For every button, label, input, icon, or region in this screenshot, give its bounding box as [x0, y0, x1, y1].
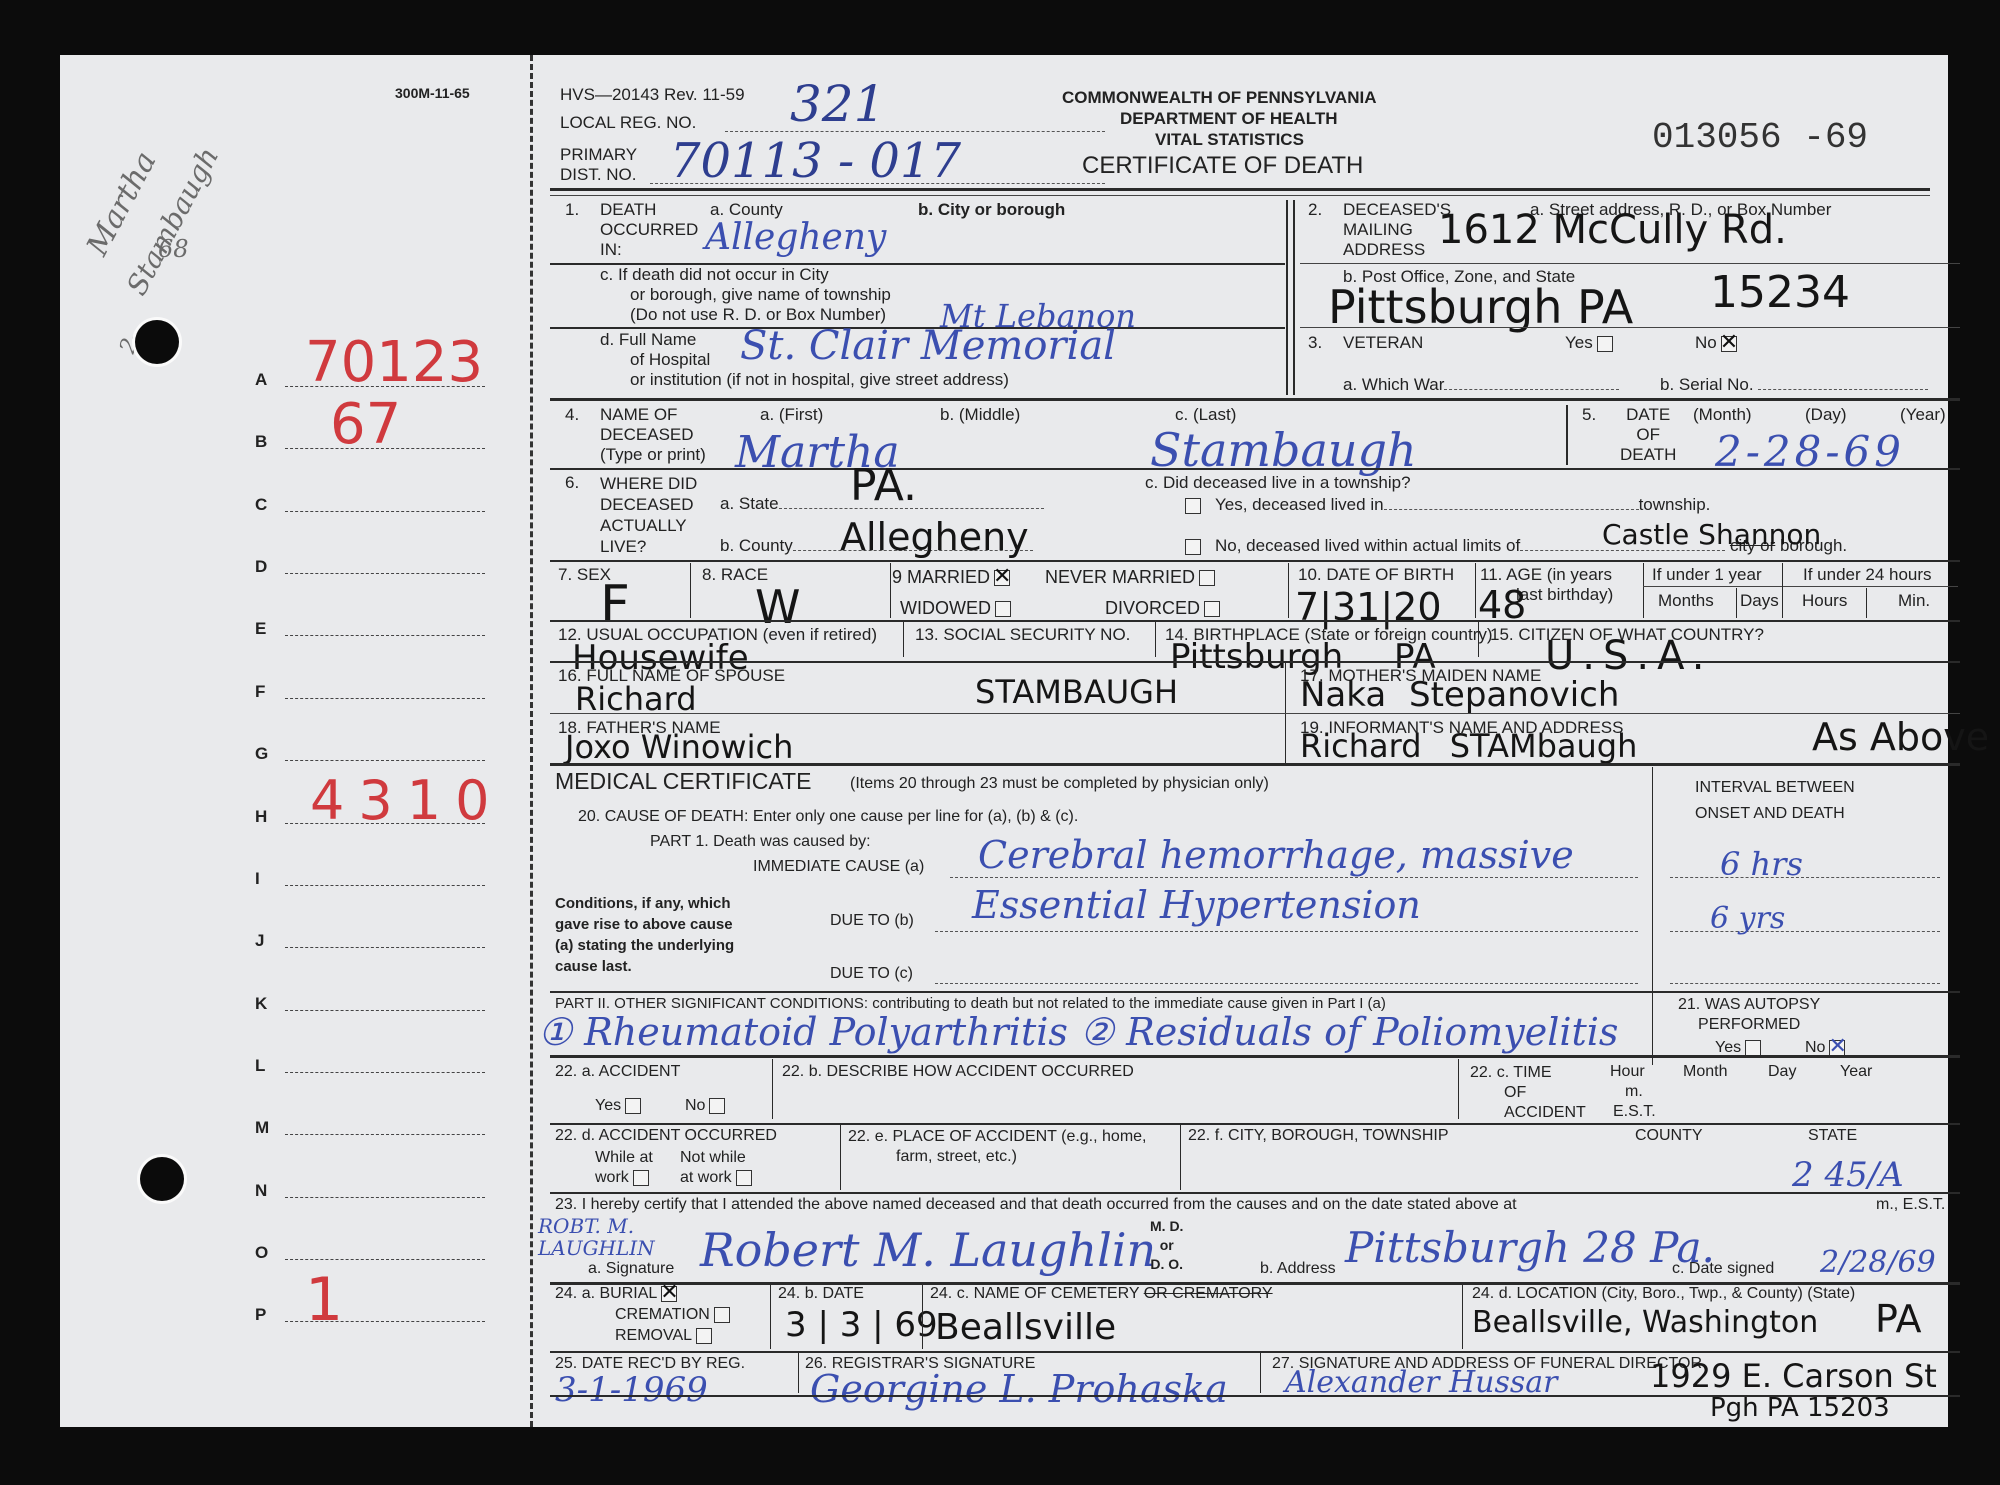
- stub-row-g: G: [255, 744, 545, 764]
- county-value: Allegheny: [705, 217, 886, 258]
- physician-address: Pittsburgh 28 Pa.: [1345, 1223, 1715, 1272]
- index-stub: 300M-11-65 Martha Stambaugh 68 2- A70123…: [60, 55, 533, 1427]
- form-number: HVS—20143 Rev. 11-59: [560, 85, 745, 105]
- date-of-birth-value: 7|31|20: [1295, 585, 1442, 629]
- location-value: Beallsville, Washington: [1472, 1305, 1818, 1340]
- stub-row-n: N: [255, 1181, 545, 1201]
- cemetery-value: Beallsville: [935, 1307, 1116, 1348]
- stub-row-e: E: [255, 619, 545, 639]
- lived-in-township-checkbox[interactable]: [1185, 498, 1201, 514]
- agency-line-3: VITAL STATISTICS: [1155, 130, 1304, 150]
- immediate-cause-value: Cerebral hemorrhage, massive: [978, 833, 1574, 877]
- accident-yes-option[interactable]: Yes: [595, 1097, 641, 1115]
- residence-state-value: PA.: [850, 460, 917, 511]
- stub-row-o: O: [255, 1243, 545, 1263]
- death-occurred-label: DEATHOCCURREDIN:: [600, 200, 698, 260]
- part1-label: PART 1. Death was caused by:: [650, 833, 871, 851]
- physician-signature: Robert M. Laughlin: [700, 1223, 1156, 1277]
- widowed-option[interactable]: WIDOWED: [900, 598, 1011, 619]
- immediate-cause-label: IMMEDIATE CAUSE (a): [753, 858, 924, 876]
- township-question: c. Did deceased live in a township?: [1145, 473, 1411, 493]
- accident-label: 22. a. ACCIDENT: [555, 1063, 680, 1081]
- name-of-deceased-label: NAME OFDECEASED(Type or print): [600, 405, 706, 465]
- divorced-option[interactable]: DIVORCED: [1105, 598, 1220, 619]
- local-reg-label: LOCAL REG. NO.: [560, 113, 696, 133]
- zip-value: 15234: [1710, 267, 1850, 318]
- due-to-b-value: Essential Hypertension: [972, 883, 1421, 927]
- veteran-yes[interactable]: Yes: [1565, 333, 1613, 353]
- dist-no-label: DIST. NO.: [560, 165, 637, 185]
- serial-no-label: b. Serial No.: [1660, 375, 1928, 395]
- cremation-checkbox[interactable]: [714, 1307, 730, 1323]
- agency-line-2: DEPARTMENT OF HEALTH: [1120, 109, 1338, 129]
- stub-row-a: A70123: [255, 370, 545, 390]
- veteran-no[interactable]: No: [1695, 333, 1737, 353]
- death-certificate-page: 300M-11-65 Martha Stambaugh 68 2- A70123…: [60, 55, 1948, 1427]
- married-checkbox[interactable]: [994, 570, 1010, 586]
- veteran-label: VETERAN: [1343, 333, 1423, 353]
- cremation-option[interactable]: CREMATION: [615, 1306, 730, 1324]
- date-of-birth-label: 10. DATE OF BIRTH: [1298, 565, 1454, 585]
- stub-row-j: J: [255, 931, 545, 951]
- stub-value-b: 67: [330, 392, 401, 457]
- removal-option[interactable]: REMOVAL: [615, 1327, 712, 1345]
- pencil-note-year: 68: [158, 235, 189, 263]
- removal-checkbox[interactable]: [696, 1328, 712, 1344]
- informant-address-value: As Above: [1812, 715, 1989, 759]
- stub-row-b: B67: [255, 432, 545, 452]
- accident-county-label: COUNTY: [1635, 1127, 1703, 1145]
- veteran-no-checkbox[interactable]: [1721, 336, 1737, 352]
- never-married-option[interactable]: NEVER MARRIED: [1045, 567, 1215, 588]
- mailing-address-label: DECEASED'SMAILINGADDRESS: [1343, 200, 1451, 260]
- stub-value-p: 1: [305, 1265, 343, 1335]
- ssn-label: 13. SOCIAL SECURITY NO.: [915, 625, 1130, 645]
- burial-date-label: 24. b. DATE: [778, 1285, 864, 1303]
- accident-no-checkbox[interactable]: [709, 1098, 725, 1114]
- punch-hole-bottom: [140, 1157, 184, 1201]
- married-option[interactable]: 9 MARRIED: [892, 567, 1010, 588]
- while-at-work-checkbox[interactable]: [633, 1170, 649, 1186]
- local-reg-value: 321: [790, 75, 885, 133]
- immediate-interval-value: 6 hrs: [1720, 845, 1803, 883]
- fathers-name-value: Joxo Winowich: [565, 728, 793, 766]
- perforation-line: [530, 55, 533, 1427]
- stub-row-h: H4310: [255, 807, 545, 827]
- physician-printed-name: ROBT. M.LAUGHLIN: [538, 1215, 655, 1259]
- date-signed-label: c. Date signed: [1672, 1260, 1774, 1278]
- hospital-value: St. Clair Memorial: [740, 323, 1116, 369]
- not-at-work-checkbox[interactable]: [736, 1170, 752, 1186]
- time-of-accident-label: 22. c. TIMEOFACCIDENT: [1470, 1063, 1586, 1123]
- autopsy-label: 21. WAS AUTOPSYPERFORMED: [1678, 995, 1820, 1035]
- accident-city-label: 22. f. CITY, BOROUGH, TOWNSHIP: [1188, 1127, 1449, 1145]
- part2-value: ① Rheumatoid Polyarthritis ② Residuals o…: [538, 1010, 1618, 1054]
- lived-in-city-checkbox[interactable]: [1185, 539, 1201, 555]
- street-value: 1612 McCully Rd.: [1438, 207, 1787, 253]
- autopsy-no-checkbox[interactable]: [1829, 1040, 1845, 1056]
- certificate-title: CERTIFICATE OF DEATH: [1082, 152, 1363, 180]
- stub-value-a: 70123: [305, 330, 483, 395]
- registrar-signature: Georgine L. Prohaska: [810, 1367, 1228, 1411]
- post-office-value: Pittsburgh PA: [1328, 280, 1633, 334]
- autopsy-yes-checkbox[interactable]: [1745, 1040, 1761, 1056]
- city-borough-value: Castle Shannon: [1602, 518, 1821, 551]
- lived-in-township-option[interactable]: Yes, deceased lived intownship.: [1185, 495, 1710, 515]
- residence-label: WHERE DIDDECEASEDACTUALLYLIVE?: [600, 473, 697, 557]
- citizenship-value: U.S.A.: [1545, 633, 1712, 679]
- widowed-checkbox[interactable]: [995, 601, 1011, 617]
- burial-option[interactable]: 24. a. BURIAL: [555, 1285, 677, 1303]
- md-do-label: M. D.orD. O.: [1150, 1217, 1183, 1274]
- burial-checkbox[interactable]: [661, 1286, 677, 1302]
- date-signed-value: 2/28/69: [1820, 1245, 1936, 1280]
- date-of-death-label: DATEOFDEATH: [1620, 405, 1676, 465]
- stub-row-p: P1: [255, 1305, 545, 1325]
- interval-label: INTERVAL BETWEENONSET AND DEATH: [1695, 775, 1855, 827]
- which-war-label: a. Which War: [1343, 375, 1619, 395]
- medical-certificate-heading: MEDICAL CERTIFICATE: [555, 768, 811, 795]
- signature-label: a. Signature: [588, 1260, 674, 1278]
- accident-description-label: 22. b. DESCRIBE HOW ACCIDENT OCCURRED: [782, 1063, 1134, 1081]
- due-to-b-interval-value: 6 yrs: [1710, 901, 1785, 936]
- stub-row-m: M: [255, 1118, 545, 1138]
- burial-date-value: 3 | 3 | 69: [785, 1305, 938, 1345]
- informant-name-value: Richard STAMbaugh: [1300, 727, 1637, 765]
- stub-row-i: I: [255, 869, 545, 889]
- veteran-yes-checkbox[interactable]: [1597, 336, 1613, 352]
- township-label: c. If death did not occur in City or bor…: [600, 265, 891, 325]
- spouse-last-value: STAMBAUGH: [975, 673, 1178, 711]
- mothers-maiden-name-value: Naka Stepanovich: [1300, 675, 1619, 715]
- medical-certificate-note: (Items 20 through 23 must be completed b…: [850, 775, 1269, 793]
- due-to-b-label: DUE TO (b): [830, 912, 914, 930]
- stub-form-code: 300M-11-65: [395, 85, 470, 101]
- dist-no-value: 70113 - 017: [670, 133, 961, 189]
- funeral-director-address-line1: 1929 E. Carson St: [1650, 1357, 1937, 1395]
- certificate-number: 013056 -69: [1652, 117, 1868, 158]
- punch-hole-top: [135, 320, 179, 364]
- location-label: 24. d. LOCATION (City, Boro., Twp., & Co…: [1472, 1285, 1855, 1303]
- certification-statement: 23. I hereby certify that I attended the…: [555, 1196, 1517, 1214]
- while-at-work-option[interactable]: While atwork: [595, 1148, 653, 1188]
- never-married-checkbox[interactable]: [1199, 570, 1215, 586]
- date-received-value: 3-1-1969: [555, 1370, 708, 1410]
- address-label: b. Address: [1260, 1260, 1336, 1278]
- due-to-c-label: DUE TO (c): [830, 965, 913, 983]
- location-state-value: PA: [1875, 1297, 1921, 1341]
- stub-row-k: K: [255, 994, 545, 1014]
- funeral-director-address-line2: Pgh PA 15203: [1710, 1393, 1890, 1423]
- city-label: b. City or borough: [918, 200, 1065, 220]
- primary-label: PRIMARY: [560, 145, 637, 165]
- accident-state-label: STATE: [1808, 1127, 1857, 1145]
- divorced-checkbox[interactable]: [1204, 601, 1220, 617]
- accident-no-option[interactable]: No: [685, 1097, 725, 1115]
- accident-occurred-label: 22. d. ACCIDENT OCCURRED: [555, 1127, 777, 1145]
- stub-value-h: 4310: [310, 769, 503, 832]
- agency-line-1: COMMONWEALTH OF PENNSYLVANIA: [1062, 88, 1376, 108]
- stub-row-f: F: [255, 682, 545, 702]
- cemetery-label: 24. c. NAME OF CEMETERY OR CREMATORY: [930, 1285, 1273, 1303]
- accident-yes-checkbox[interactable]: [625, 1098, 641, 1114]
- stub-row-c: C: [255, 495, 545, 515]
- residence-county-value: Allegheny: [840, 515, 1029, 559]
- not-at-work-option[interactable]: Not whileat work: [680, 1148, 752, 1188]
- stub-row-l: L: [255, 1056, 545, 1076]
- time-of-death-value: 2 45/A: [1792, 1155, 1904, 1195]
- conditions-label: Conditions, if any, whichgave rise to ab…: [555, 893, 734, 977]
- place-of-accident-label: 22. e. PLACE OF ACCIDENT (e.g., home,far…: [848, 1127, 1146, 1167]
- cause-of-death-label: 20. CAUSE OF DEATH: Enter only one cause…: [578, 808, 1078, 826]
- stub-row-d: D: [255, 557, 545, 577]
